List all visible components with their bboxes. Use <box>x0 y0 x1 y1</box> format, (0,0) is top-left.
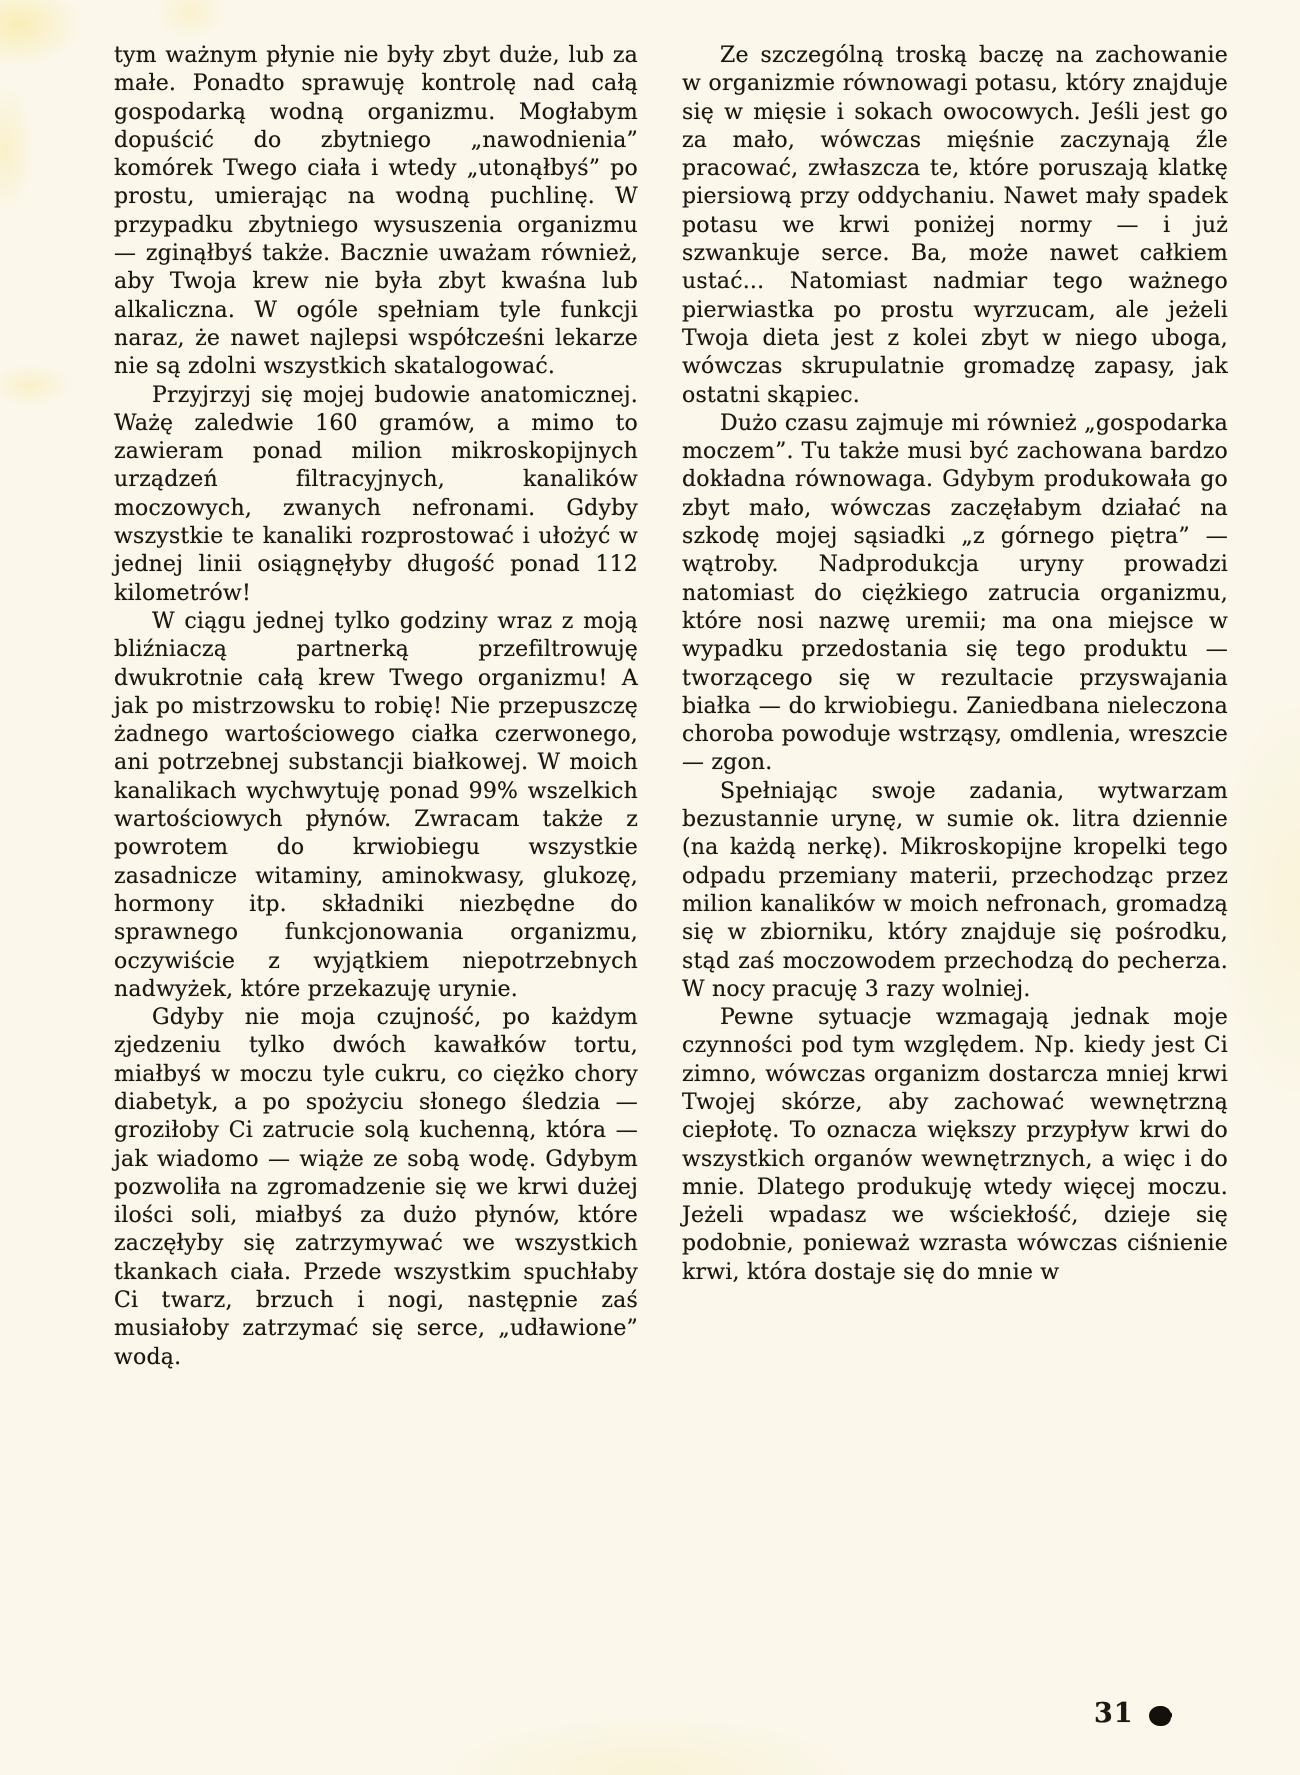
paragraph: Ze szczególną troską baczę na zachowanie… <box>682 42 1228 410</box>
paragraph: Pewne sytuacje wzmagają jednak moje czyn… <box>682 1004 1228 1287</box>
two-column-text-block: tym ważnym płynie nie były zbyt duże, lu… <box>0 0 1300 1372</box>
paragraph: tym ważnym płynie nie były zbyt duże, lu… <box>114 42 638 382</box>
right-text-column: Ze szczególną troską baczę na zachowanie… <box>682 42 1228 1372</box>
paragraph: Przyjrzyj się mojej budowie anatomicznej… <box>114 382 638 608</box>
magazine-page: tym ważnym płynie nie były zbyt duże, lu… <box>0 0 1300 1775</box>
paragraph: W ciągu jednej tylko godziny wraz z moją… <box>114 608 638 1004</box>
ink-dot-icon <box>1149 1706 1171 1726</box>
left-text-column: tym ważnym płynie nie były zbyt duże, lu… <box>114 42 638 1372</box>
paragraph: Spełniając swoje zadania, wytwarzam bezu… <box>682 778 1228 1004</box>
paragraph: Dużo czasu zajmuje mi również „gospodark… <box>682 410 1228 778</box>
page-footer: 31 <box>1094 1698 1171 1729</box>
page-number: 31 <box>1094 1698 1134 1729</box>
paragraph: Gdyby nie moja czujność, po każdym zjedz… <box>114 1004 638 1372</box>
